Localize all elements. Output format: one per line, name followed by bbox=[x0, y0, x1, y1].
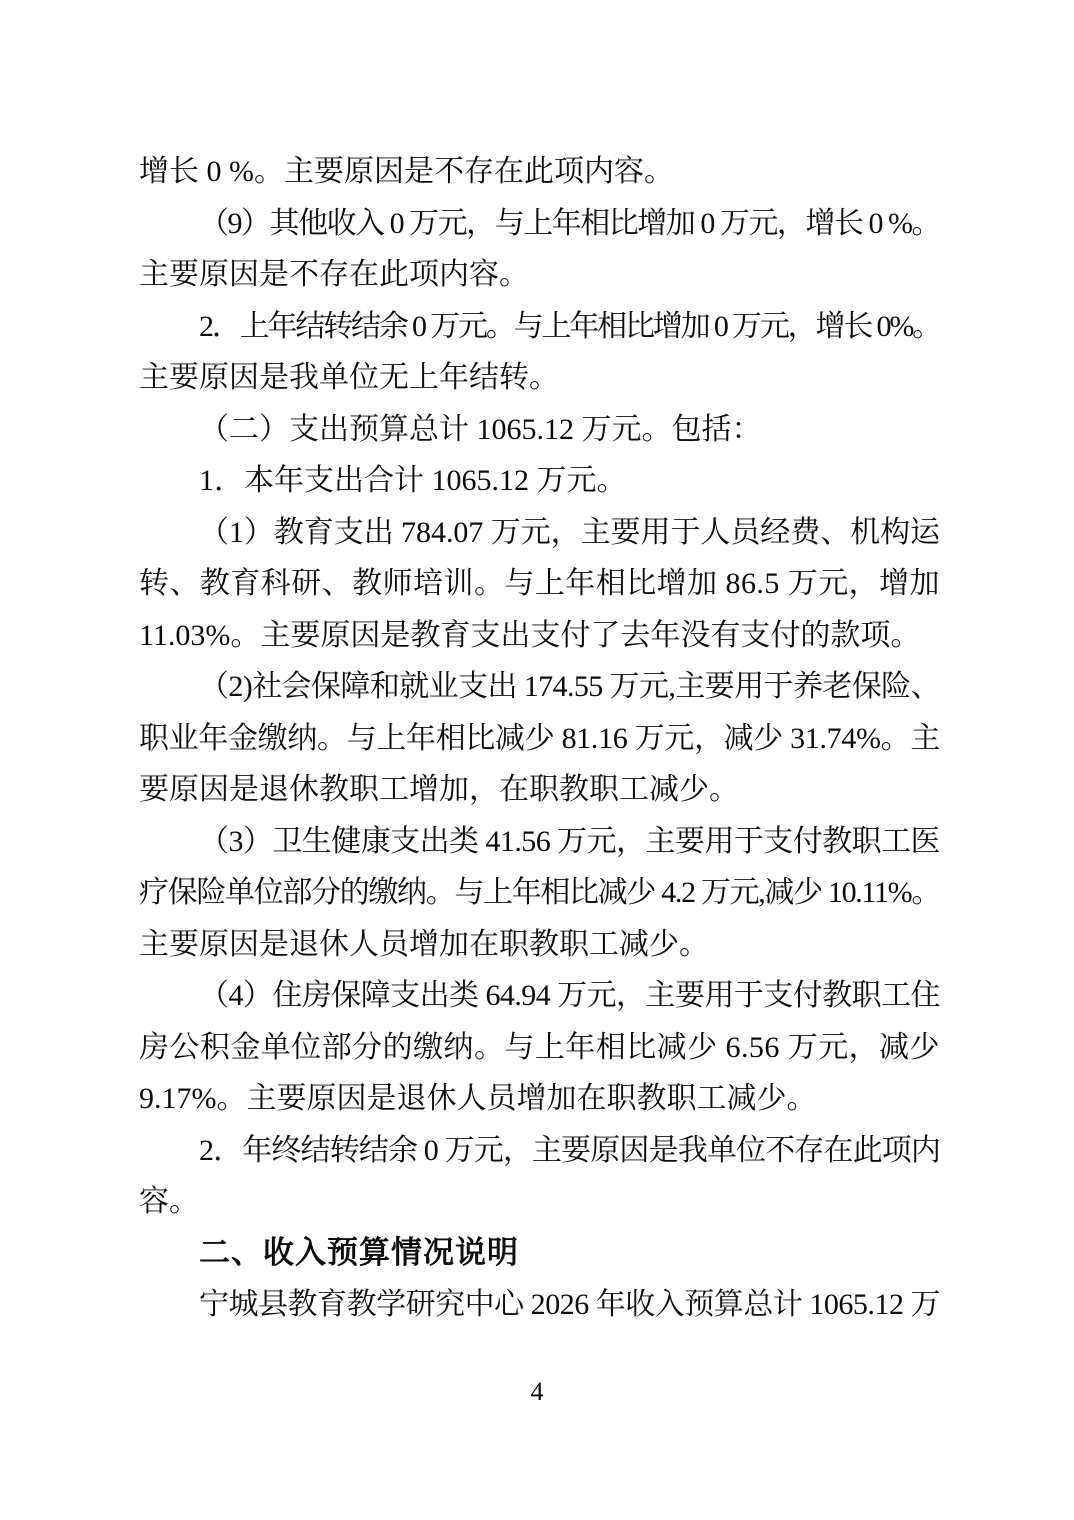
text-line-content: 房公积金单位部分的缴纳。与上年相比减少 6.56 万元，减少 bbox=[139, 1031, 940, 1064]
text-line: 1．本年支出合计 1065.12 万元。 bbox=[139, 455, 940, 507]
text-line-content: 1．本年支出合计 1065.12 万元。 bbox=[199, 464, 627, 497]
text-line: 宁城县教育教学研究中心 2026 年收入预算总计 1065.12 万 bbox=[139, 1279, 940, 1331]
text-line: 要原因是退休教职工增加，在职教职工减少。 bbox=[139, 764, 940, 816]
text-line: 2．年终结转结余 0 万元，主要原因是我单位不存在此项内 bbox=[139, 1125, 940, 1177]
document-page: 增长 0 %。主要原因是不存在此项内容。（9）其他收入 0 万元，与上年相比增加… bbox=[0, 0, 1074, 1520]
text-line: 房公积金单位部分的缴纳。与上年相比减少 6.56 万元，减少 bbox=[139, 1022, 940, 1074]
text-line-content: 转、教育科研、教师培训。与上年相比增加 86.5 万元，增加 bbox=[139, 567, 940, 600]
text-line-content: （二）支出预算总计 1065.12 万元。包括： bbox=[199, 413, 762, 446]
text-line: 11.03%。主要原因是教育支出支付了去年没有支付的款项。 bbox=[139, 610, 940, 662]
text-line-content: 主要原因是退休人员增加在职教职工减少。 bbox=[139, 928, 709, 961]
text-line: 容。 bbox=[139, 1176, 940, 1228]
text-line-content: 宁城县教育教学研究中心 2026 年收入预算总计 1065.12 万 bbox=[199, 1288, 940, 1321]
text-line-content: 9.17%。主要原因是退休人员增加在职教职工减少。 bbox=[139, 1082, 817, 1115]
text-line: 主要原因是退休人员增加在职教职工减少。 bbox=[139, 919, 940, 971]
text-line-content: （2)社会保障和就业支出 174.55 万元,主要用于养老保险、 bbox=[199, 670, 940, 703]
text-line-content: 增长 0 %。主要原因是不存在此项内容。 bbox=[139, 155, 674, 188]
text-line-content: 2．上年结转结余 0 万元。与上年相比增加 0 万元，增长 0%。 bbox=[199, 310, 940, 343]
text-line: 职业年金缴纳。与上年相比减少 81.16 万元，减少 31.74%。主 bbox=[139, 713, 940, 765]
text-line-content: 主要原因是我单位无上年结转。 bbox=[139, 361, 559, 394]
text-line-content: （3）卫生健康支出类 41.56 万元，主要用于支付教职工医 bbox=[199, 825, 940, 858]
text-line: 2．上年结转结余 0 万元。与上年相比增加 0 万元，增长 0%。 bbox=[139, 301, 940, 353]
text-line-content: （1）教育支出 784.07 万元，主要用于人员经费、机构运 bbox=[199, 516, 940, 549]
text-line: （4）住房保障支出类 64.94 万元，主要用于支付教职工住 bbox=[139, 970, 940, 1022]
text-line-content: 主要原因是不存在此项内容。 bbox=[139, 258, 529, 291]
text-line: 增长 0 %。主要原因是不存在此项内容。 bbox=[139, 146, 940, 198]
text-block: 增长 0 %。主要原因是不存在此项内容。（9）其他收入 0 万元，与上年相比增加… bbox=[139, 146, 940, 1331]
text-line-content: 2．年终结转结余 0 万元，主要原因是我单位不存在此项内 bbox=[199, 1134, 940, 1167]
text-line: （2)社会保障和就业支出 174.55 万元,主要用于养老保险、 bbox=[139, 661, 940, 713]
text-line: 9.17%。主要原因是退休人员增加在职教职工减少。 bbox=[139, 1073, 940, 1125]
text-line: （二）支出预算总计 1065.12 万元。包括： bbox=[139, 404, 940, 456]
text-line: 主要原因是我单位无上年结转。 bbox=[139, 352, 940, 404]
text-line: 转、教育科研、教师培训。与上年相比增加 86.5 万元，增加 bbox=[139, 558, 940, 610]
text-line: 主要原因是不存在此项内容。 bbox=[139, 249, 940, 301]
text-line-content: 疗保险单位部分的缴纳。与上年相比减少 4.2 万元,减少 10.11%。 bbox=[139, 876, 940, 909]
text-line: （3）卫生健康支出类 41.56 万元，主要用于支付教职工医 bbox=[139, 816, 940, 868]
text-line-content: （4）住房保障支出类 64.94 万元，主要用于支付教职工住 bbox=[199, 979, 940, 1012]
text-line-content: 11.03%。主要原因是教育支出支付了去年没有支付的款项。 bbox=[139, 619, 920, 652]
text-line-content: 职业年金缴纳。与上年相比减少 81.16 万元，减少 31.74%。主 bbox=[139, 722, 940, 755]
text-line-content: 容。 bbox=[139, 1185, 199, 1218]
text-line: 疗保险单位部分的缴纳。与上年相比减少 4.2 万元,减少 10.11%。 bbox=[139, 867, 940, 919]
text-line-content: 二、收入预算情况说明 bbox=[199, 1235, 519, 1271]
text-line: （1）教育支出 784.07 万元，主要用于人员经费、机构运 bbox=[139, 507, 940, 559]
text-line-content: 要原因是退休教职工增加，在职教职工减少。 bbox=[139, 773, 739, 806]
section-heading: 二、收入预算情况说明 bbox=[139, 1228, 940, 1280]
text-line: （9）其他收入 0 万元，与上年相比增加 0 万元，增长 0 %。 bbox=[139, 198, 940, 250]
page-number: 4 bbox=[0, 1368, 1074, 1416]
text-line-content: （9）其他收入 0 万元，与上年相比增加 0 万元，增长 0 %。 bbox=[199, 207, 940, 240]
